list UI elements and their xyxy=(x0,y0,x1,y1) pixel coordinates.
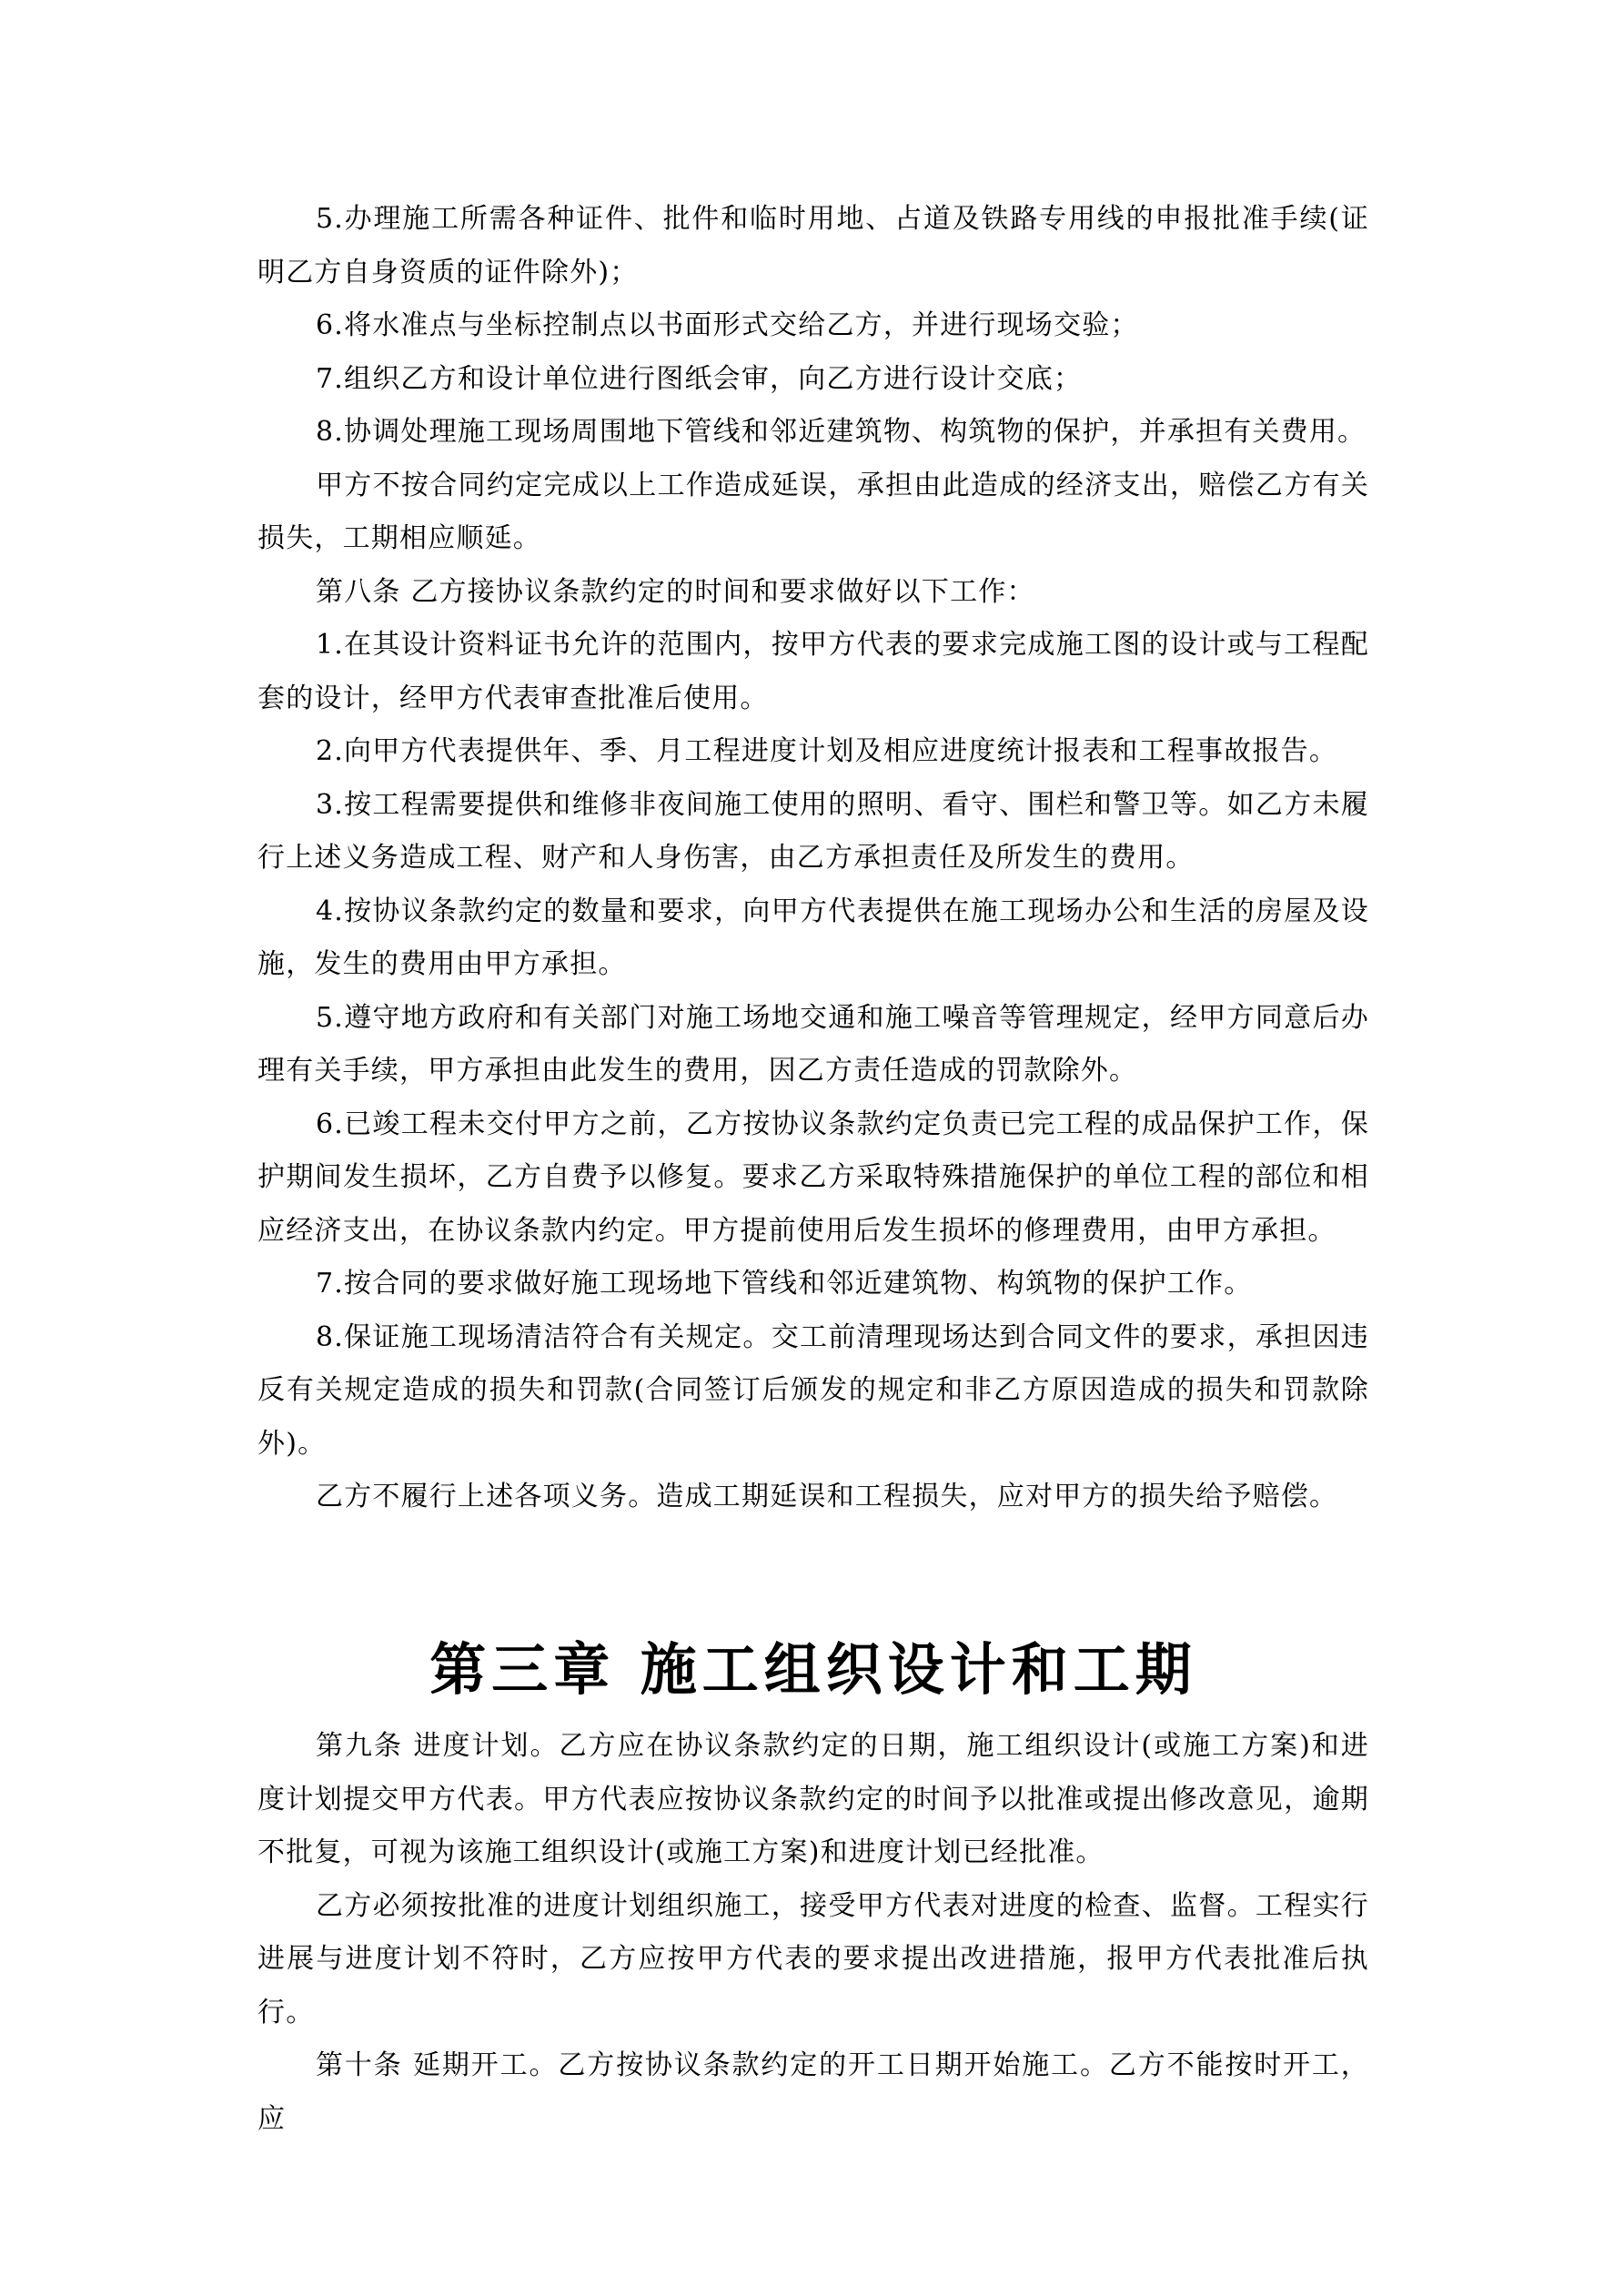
paragraph: 5.办理施工所需各种证件、批件和临时用地、占道及铁路专用线的申报批准手续(证明乙… xyxy=(257,193,1369,299)
paragraph: 乙方不履行上述各项义务。造成工期延误和工程损失，应对甲方的损失给予赔偿。 xyxy=(257,1471,1369,1524)
article-paragraph: 第九条 进度计划。乙方应在协议条款约定的日期，施工组织设计(或施工方案)和进度计… xyxy=(257,1720,1369,1880)
section-a: 5.办理施工所需各种证件、批件和临时用地、占道及铁路专用线的申报批准手续(证明乙… xyxy=(257,193,1369,1524)
paragraph: 6.将水准点与坐标控制点以书面形式交给乙方，并进行现场交验； xyxy=(257,299,1369,353)
chapter-heading: 第三章 施工组织设计和工期 xyxy=(257,1633,1369,1706)
paragraph: 甲方不按合同约定完成以上工作造成延误，承担由此造成的经济支出，赔偿乙方有关损失，… xyxy=(257,460,1369,566)
paragraph: 7.按合同的要求做好施工现场地下管线和邻近建筑物、构筑物的保护工作。 xyxy=(257,1258,1369,1311)
section-b: 第九条 进度计划。乙方应在协议条款约定的日期，施工组织设计(或施工方案)和进度计… xyxy=(257,1720,1369,2146)
article-heading: 第八条 乙方接协议条款约定的时间和要求做好以下工作： xyxy=(257,566,1369,620)
paragraph: 8.保证施工现场清洁符合有关规定。交工前清理现场达到合同文件的要求，承担因违反有… xyxy=(257,1311,1369,1472)
paragraph: 2.向甲方代表提供年、季、月工程进度计划及相应进度统计报表和工程事故报告。 xyxy=(257,725,1369,779)
paragraph: 8.协调处理施工现场周围地下管线和邻近建筑物、构筑物的保护，并承担有关费用。 xyxy=(257,406,1369,460)
paragraph: 4.按协议条款约定的数量和要求，向甲方代表提供在施工现场办公和生活的房屋及设施，… xyxy=(257,885,1369,992)
article-paragraph: 第十条 延期开工。乙方按协议条款约定的开工日期开始施工。乙方不能按时开工，应 xyxy=(257,2039,1369,2146)
paragraph: 乙方必须按批准的进度计划组织施工，接受甲方代表对进度的检查、监督。工程实行进展与… xyxy=(257,1880,1369,2040)
paragraph: 3.按工程需要提供和维修非夜间施工使用的照明、看守、围栏和警卫等。如乙方未履行上… xyxy=(257,779,1369,885)
paragraph: 7.组织乙方和设计单位进行图纸会审，向乙方进行设计交底； xyxy=(257,353,1369,407)
paragraph: 5.遵守地方政府和有关部门对施工场地交通和施工噪音等管理规定，经甲方同意后办理有… xyxy=(257,992,1369,1098)
paragraph: 6.已竣工程未交付甲方之前，乙方按协议条款约定负责已完工程的成品保护工作，保护期… xyxy=(257,1098,1369,1259)
paragraph: 1.在其设计资料证书允许的范围内，按甲方代表的要求完成施工图的设计或与工程配套的… xyxy=(257,619,1369,725)
